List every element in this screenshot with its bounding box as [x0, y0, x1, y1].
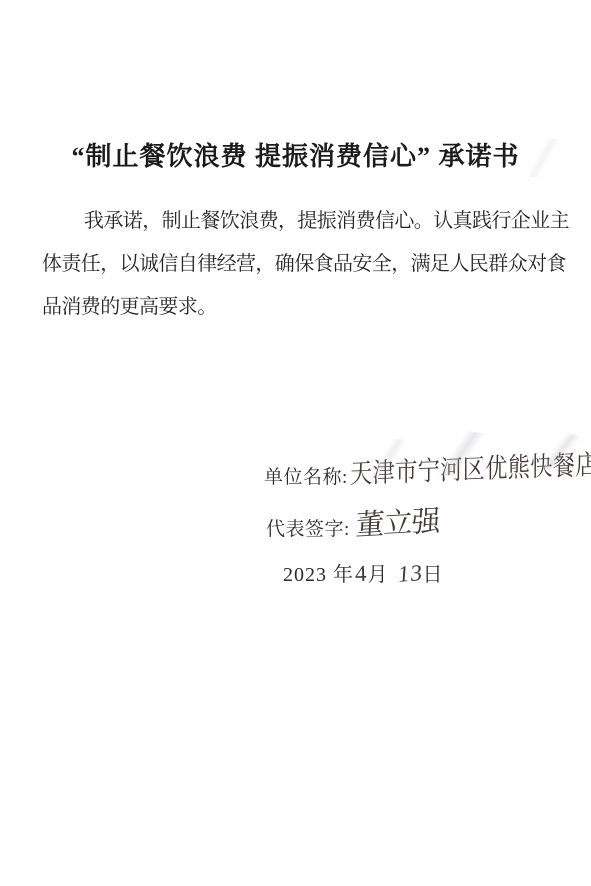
date-year-suffix: 年 [333, 564, 354, 586]
body-line-3: 品消费的更高要求。 [42, 286, 562, 329]
body-paragraph: 我承诺，制止餐饮浪费，提振消费信心。认真践行企业主 体责任，以诚信自律经营，确保… [42, 200, 562, 329]
date-day-suffix: 日 [423, 564, 444, 586]
representative-signature-row: 代表签字:董立强 [266, 503, 439, 544]
date-month-suffix: 月 [368, 564, 389, 586]
document-page: “制止餐饮浪费 提振消费信心” 承诺书 我承诺，制止餐饮浪费，提振消费信心。认真… [0, 0, 591, 886]
unit-name-row: 单位名称:天津市宁河区优熊快餐店 [264, 452, 591, 491]
unit-name-label: 单位名称: [264, 454, 348, 489]
body-line-2: 体责任，以诚信自律经营，确保食品安全，满足人民群众对食 [42, 243, 562, 286]
date-month-handwritten: 4 [355, 561, 368, 587]
representative-signature-label: 代表签字: [266, 506, 350, 541]
unit-name-handwritten: 天津市宁河区优熊快餐店 [350, 442, 591, 491]
representative-signature-handwritten: 董立强 [354, 498, 440, 544]
body-line-1: 我承诺，制止餐饮浪费，提振消费信心。认真践行企业主 [42, 200, 562, 243]
date-year: 2023 [283, 564, 327, 586]
date-day-handwritten: 13 [397, 560, 424, 588]
document-title: “制止餐饮浪费 提振消费信心” 承诺书 [0, 136, 591, 173]
date-row: 2023年4月13日 [283, 558, 444, 587]
